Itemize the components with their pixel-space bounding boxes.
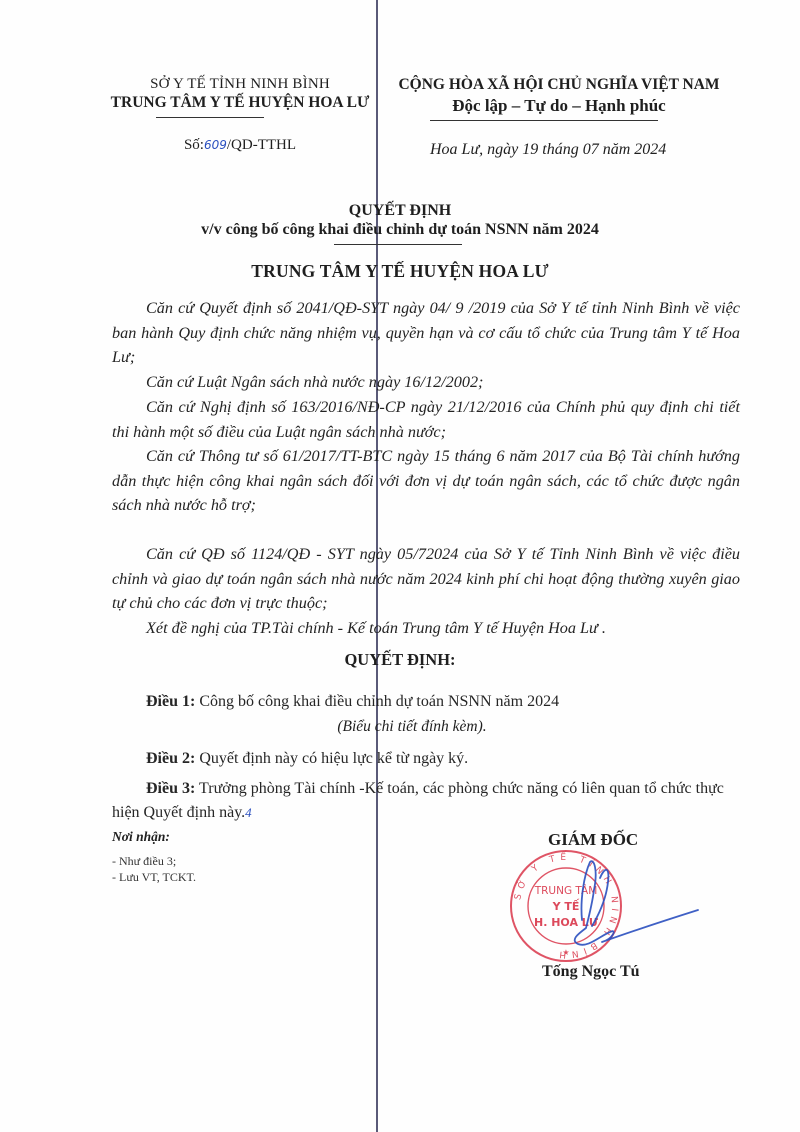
document-title: QUYẾT ĐỊNH — [0, 202, 800, 220]
article-text: Công bố công khai điều chỉnh dự toán NSN… — [195, 693, 559, 710]
article-label: Điều 2: — [146, 750, 195, 767]
article-text: Trưởng phòng Tài chính -Kế toán, các phò… — [112, 780, 724, 821]
signer-title: GIÁM ĐỐC — [548, 830, 638, 850]
preamble-paragraph: Căn cứ QĐ số 1124/QĐ - SYT ngày 05/72024… — [112, 542, 740, 616]
recipient-item: - Lưu VT, TCKT. — [112, 870, 196, 885]
article-3: Điều 3: Trưởng phòng Tài chính -Kế toán,… — [112, 777, 740, 825]
national-motto: Độc lập – Tự do – Hạnh phúc — [384, 96, 734, 116]
document-number-suffix: /QD-TTHL — [227, 137, 296, 153]
initial-mark: 4 — [245, 805, 252, 820]
organization-name: TRUNG TÂM Y TẾ HUYỆN HOA LƯ — [76, 94, 404, 112]
document-subject: v/v công bố công khai điều chỉnh dự toán… — [0, 221, 800, 239]
place-and-date: Hoa Lư, ngày 19 tháng 07 năm 2024 — [430, 141, 666, 159]
preamble-paragraph: Căn cứ Luật Ngân sách nhà nước ngày 16/1… — [112, 370, 740, 395]
preamble-paragraph: Xét đề nghị của TP.Tài chính - Kế toán T… — [112, 616, 740, 641]
decision-heading: QUYẾT ĐỊNH: — [0, 650, 800, 670]
recipients-title: Nơi nhận: — [112, 829, 170, 845]
header-right-underline — [430, 120, 658, 121]
article-label: Điều 1: — [146, 693, 195, 710]
signer-name: Tống Ngọc Tú — [542, 963, 640, 981]
header-left-underline — [156, 117, 264, 118]
title-underline — [334, 244, 462, 245]
issuing-authority: TRUNG TÂM Y TẾ HUYỆN HOA LƯ — [0, 261, 800, 282]
article-text: Quyết định này có hiệu lực kể từ ngày ký… — [195, 750, 468, 767]
nation-name: CỘNG HÒA XÃ HỘI CHỦ NGHĨA VIỆT NAM — [384, 76, 734, 94]
article-1: Điều 1: Công bố công khai điều chỉnh dự … — [146, 690, 774, 714]
document-page: SỞ Y TẾ TỈNH NINH BÌNH TRUNG TÂM Y TẾ HU… — [0, 0, 800, 1132]
preamble-paragraph: Căn cứ Nghị định số 163/2016/NĐ-CP ngày … — [112, 395, 740, 444]
article-1-note: (Biểu chi tiết đính kèm). — [0, 718, 800, 736]
department-name: SỞ Y TẾ TỈNH NINH BÌNH — [80, 76, 400, 93]
document-number: Số:609/QD-TTHL — [80, 137, 400, 154]
recipient-item: - Như điều 3; — [112, 854, 176, 869]
preamble-paragraph: Căn cứ Thông tư số 61/2017/TT-BTC ngày 1… — [112, 444, 740, 518]
handwritten-signature-icon — [540, 850, 700, 960]
article-2: Điều 2: Quyết định này có hiệu lực kể từ… — [146, 747, 774, 771]
document-number-prefix: Số: — [184, 137, 204, 153]
article-label: Điều 3: — [146, 780, 195, 797]
document-number-handwritten: 609 — [204, 138, 227, 152]
preamble-paragraph: Căn cứ Quyết định số 2041/QĐ-SYT ngày 04… — [112, 296, 740, 370]
